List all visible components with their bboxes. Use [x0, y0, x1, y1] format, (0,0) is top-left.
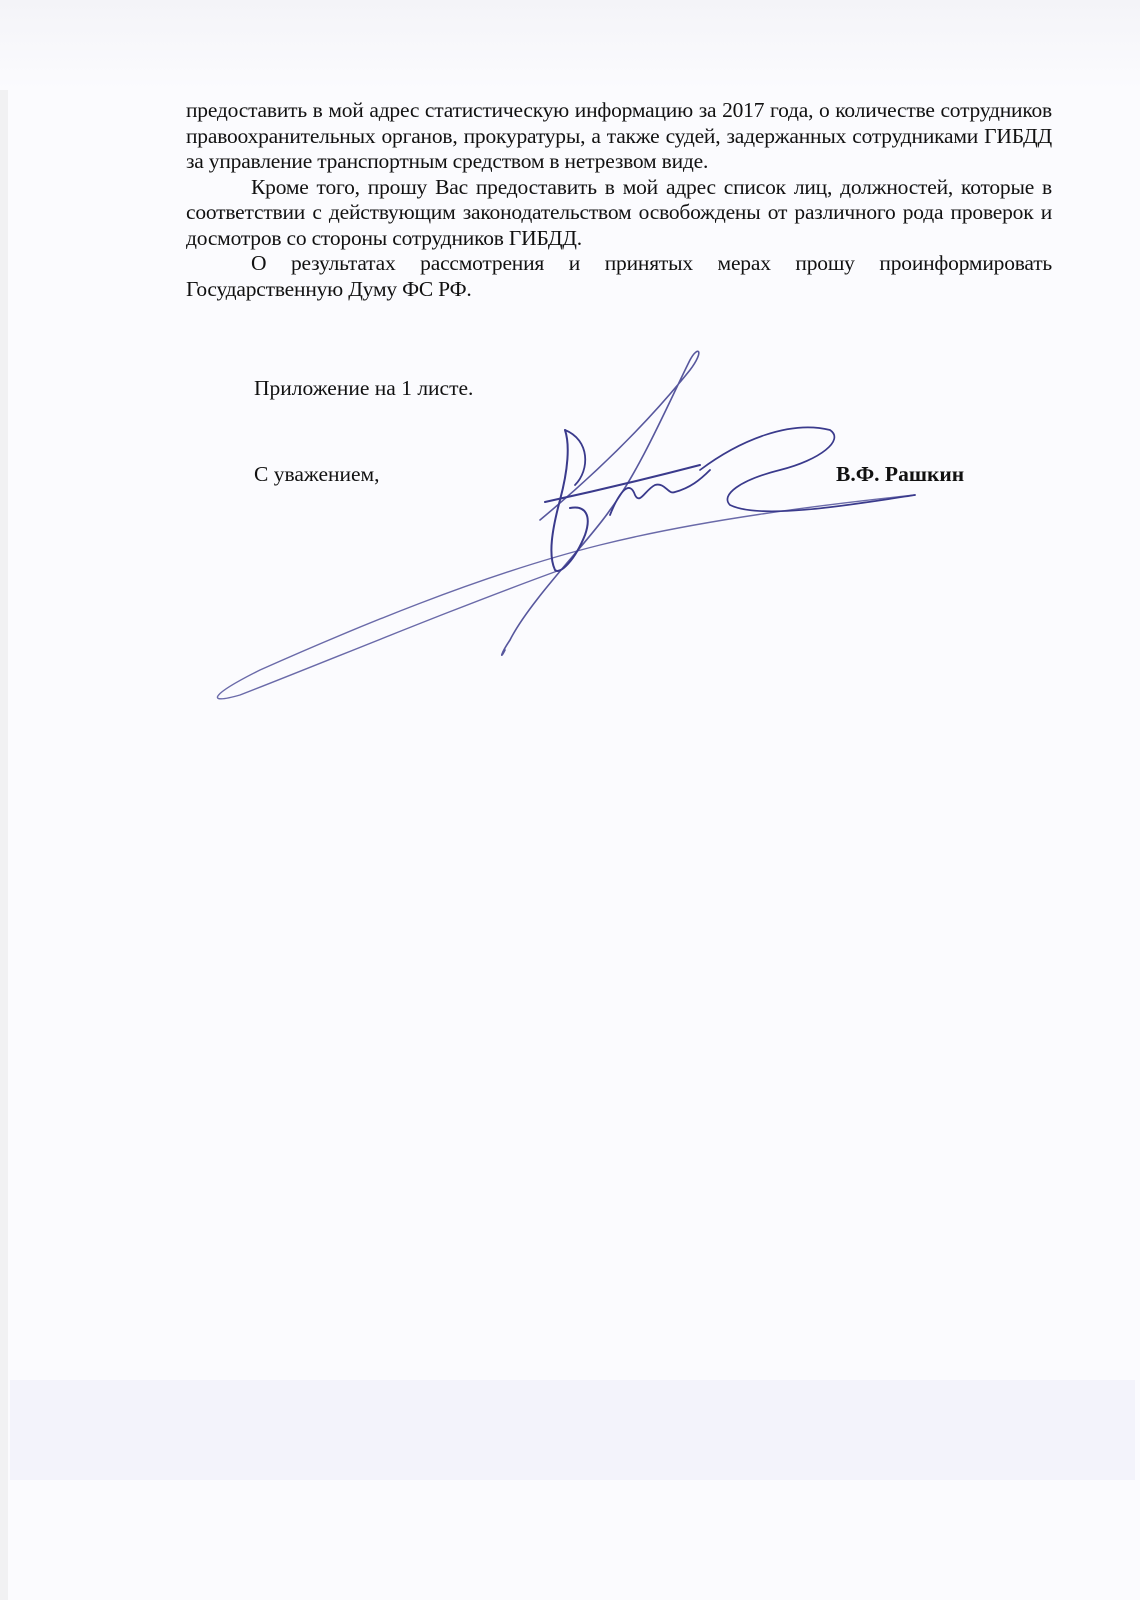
paragraph-request-exempt-list: Кроме того, прошу Вас предоставить в мой…: [186, 175, 1052, 252]
paragraph-request-statistics: предоставить в мой адрес статистическую …: [186, 98, 1052, 175]
paragraph-inform-duma: О результатах рассмотрения и принятых ме…: [186, 251, 1052, 302]
signer-name: В.Ф. Рашкин: [836, 462, 964, 487]
scan-shade-top: [0, 0, 1140, 90]
closing-salutation: С уважением,: [254, 462, 380, 487]
scan-edge: [0, 0, 8, 1600]
attachment-note: Приложение на 1 листе.: [254, 376, 473, 401]
letter-body: предоставить в мой адрес статистическую …: [186, 98, 1052, 302]
scan-shade-bottom: [10, 1380, 1135, 1480]
